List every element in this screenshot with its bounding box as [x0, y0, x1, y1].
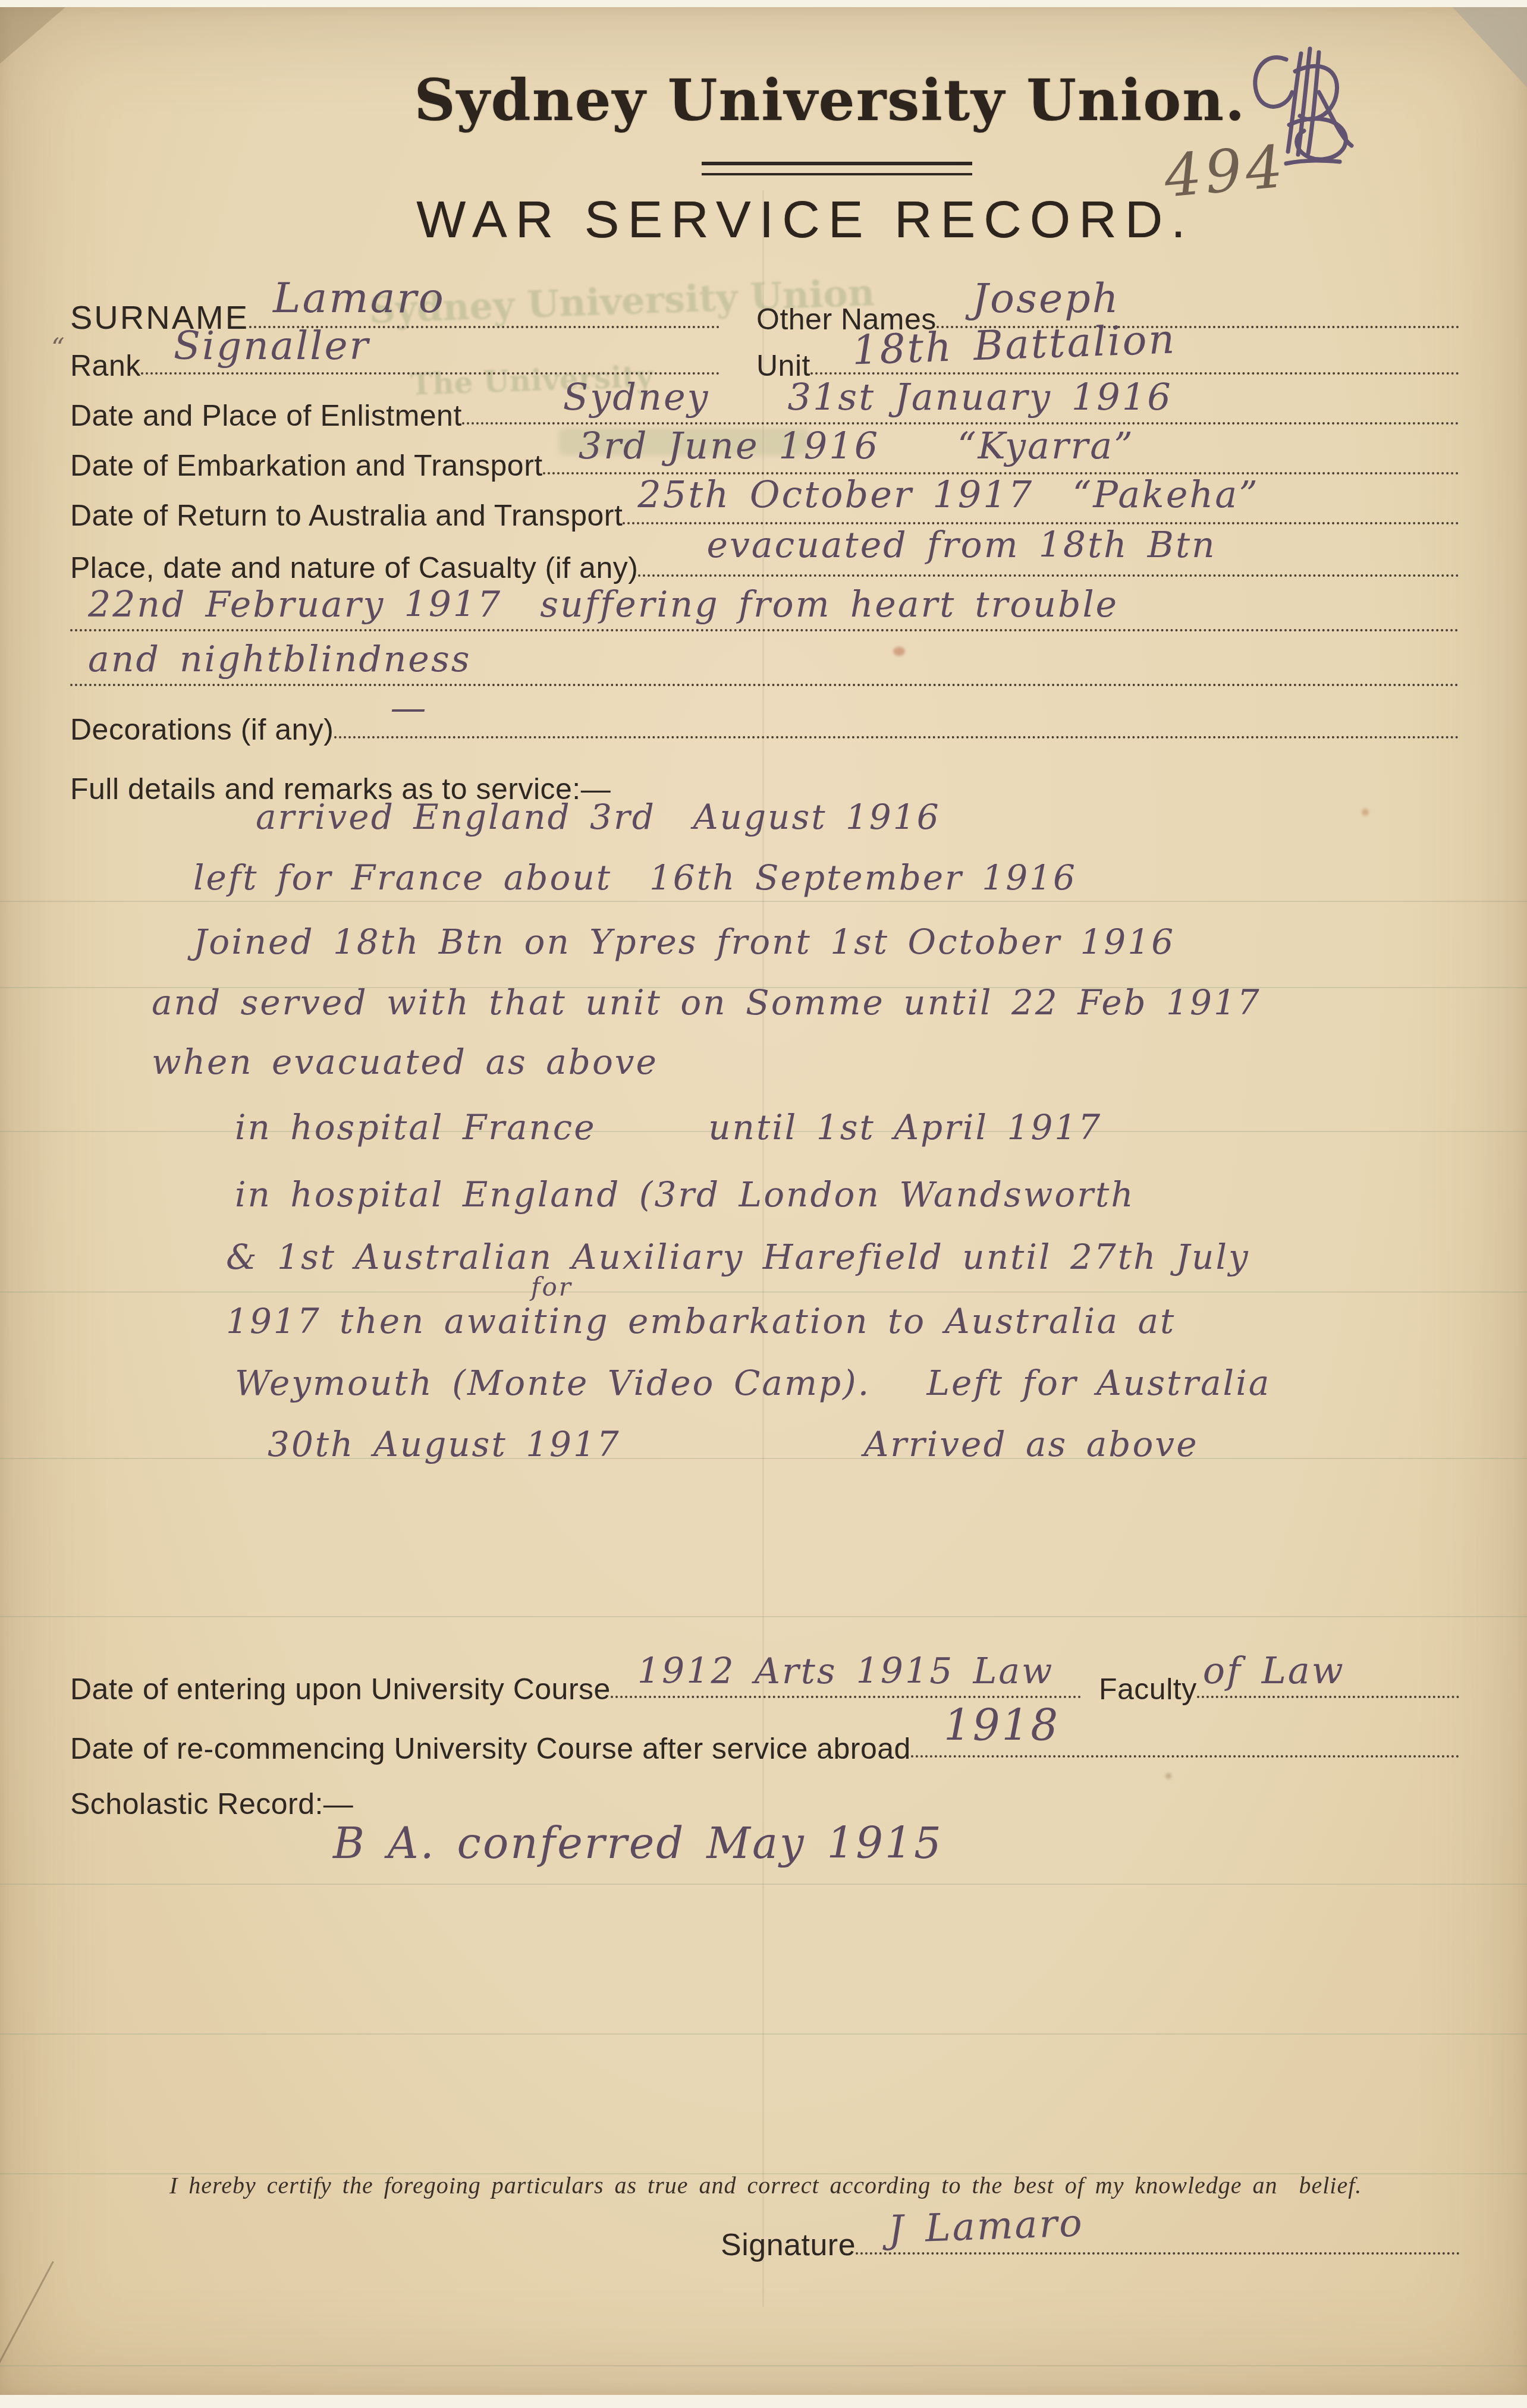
- certification-statement: I hereby certify the foregoing particula…: [169, 2171, 1362, 2199]
- rank-field: Rank Signaller: [70, 338, 719, 381]
- scholastic-record-label: Scholastic Record:—: [70, 1787, 353, 1821]
- ruled-line: [0, 1884, 1527, 1885]
- unit-field: Unit 18th Battalion: [756, 338, 1459, 381]
- service-line: & 1st Australian Auxiliary Harefield unt…: [226, 1237, 1250, 1277]
- decorations-field: Decorations (if any) —: [70, 702, 1459, 744]
- service-line: arrived England 3rd August 1916: [256, 797, 941, 837]
- service-line: left for France about 16th September 191…: [193, 857, 1077, 898]
- entering-course-line: 1912 Arts 1915 Law: [611, 1693, 1081, 1698]
- other-names-value: Joseph: [972, 275, 1120, 322]
- service-line: and served with that unit on Somme until…: [152, 982, 1261, 1023]
- service-line: 30th August 1917 Arrived as above: [268, 1424, 1198, 1464]
- ruled-line: [0, 901, 1527, 902]
- return-label: Date of Return to Australia and Transpor…: [70, 501, 623, 530]
- service-line: Weymouth (Monte Video Camp). Left for Au…: [235, 1363, 1271, 1403]
- decorations-value: —: [391, 687, 428, 729]
- casualty-label: Place, date and nature of Casualty (if a…: [70, 553, 638, 583]
- casualty-line-3: and nightblindness: [70, 681, 1459, 686]
- service-line: in hospital England (3rd London Wandswor…: [235, 1174, 1135, 1215]
- casualty-value-3: and nightblindness: [88, 639, 471, 680]
- rank-value: Signaller: [174, 323, 370, 369]
- surname-field: SURNAME Lamaro: [70, 291, 719, 334]
- faculty-label: Faculty: [1099, 1674, 1197, 1704]
- surname-value: Lamaro: [273, 274, 445, 322]
- embarkation-value: 3rd June 1916 “Kyarra”: [579, 424, 1135, 467]
- scanned-document: Sydney University Union The University S…: [0, 0, 1527, 2408]
- entering-course-value: 1912 Arts 1915 Law: [637, 1651, 1054, 1692]
- return-value: 25th October 1917 “Pakeha”: [637, 473, 1259, 516]
- enlistment-value: Sydney 31st January 1916: [563, 375, 1173, 419]
- ruled-line: [0, 1291, 1527, 1293]
- casualty-line-2: 22nd February 1917 suffering from heart …: [70, 627, 1459, 631]
- casualty-value-1: evacuated from 18th Btn: [706, 524, 1216, 566]
- ruled-line: [0, 2365, 1527, 2366]
- return-field: Date of Return to Australia and Transpor…: [70, 483, 1459, 530]
- rank-label: Rank: [70, 351, 141, 381]
- casualty-field: Place, date and nature of Casualty (if a…: [70, 533, 1459, 583]
- enlistment-label: Date and Place of Enlistment: [70, 401, 462, 430]
- ruled-line: [0, 1616, 1527, 1617]
- service-insert-above: for: [531, 1272, 573, 1302]
- recommencing-field: Date of re-commencing University Course …: [70, 1717, 1459, 1763]
- rust-stain: [1362, 809, 1369, 816]
- service-line: 1917 then awaiting embarkation to Austra…: [226, 1301, 1176, 1341]
- decorations-label: Decorations (if any): [70, 715, 334, 744]
- margin-ditto-mark: “: [51, 333, 67, 363]
- signature-field: Signature J Lamaro: [721, 2211, 1460, 2261]
- unit-line: 18th Battalion: [810, 370, 1459, 375]
- casualty-line: evacuated from 18th Btn: [638, 572, 1459, 577]
- scan-corner-shadow: [0, 7, 65, 64]
- ruled-line: [0, 2033, 1527, 2035]
- signature-label: Signature: [721, 2230, 856, 2261]
- document-title: WAR SERVICE RECORD.: [42, 189, 1527, 250]
- entering-course-label: Date of entering upon University Course: [70, 1674, 611, 1704]
- double-rule: [702, 162, 972, 175]
- entering-course-field: Date of entering upon University Course …: [70, 1659, 1081, 1704]
- rank-line: Signaller: [141, 370, 719, 375]
- service-line: in hospital France until 1st April 1917: [235, 1107, 1102, 1148]
- recommencing-value: 1918: [944, 1700, 1060, 1750]
- ink-speck: [1165, 1773, 1171, 1779]
- casualty-cont-2: and nightblindness: [70, 654, 1459, 692]
- scholastic-record-value: B A. conferred May 1915: [333, 1818, 943, 1868]
- decorations-line: —: [334, 734, 1460, 738]
- service-line: when evacuated as above: [152, 1042, 658, 1082]
- faculty-value: of Law: [1203, 1649, 1345, 1692]
- faculty-field: Faculty of Law: [1099, 1659, 1459, 1704]
- faculty-line: of Law: [1197, 1693, 1459, 1698]
- signature-line: J Lamaro: [856, 2250, 1460, 2255]
- recommencing-label: Date of re-commencing University Course …: [70, 1734, 911, 1763]
- pencil-scribble: [1230, 36, 1384, 190]
- recommencing-line: 1918: [911, 1753, 1459, 1758]
- return-line: 25th October 1917 “Pakeha”: [623, 520, 1459, 524]
- casualty-cont-1: 22nd February 1917 suffering from heart …: [70, 599, 1459, 637]
- casualty-value-2: 22nd February 1917 suffering from heart …: [88, 584, 1118, 625]
- service-line: Joined 18th Btn on Ypres front 1st Octob…: [193, 922, 1175, 962]
- embarkation-label: Date of Embarkation and Transport: [70, 451, 543, 480]
- signature-value: J Lamaro: [888, 2201, 1085, 2252]
